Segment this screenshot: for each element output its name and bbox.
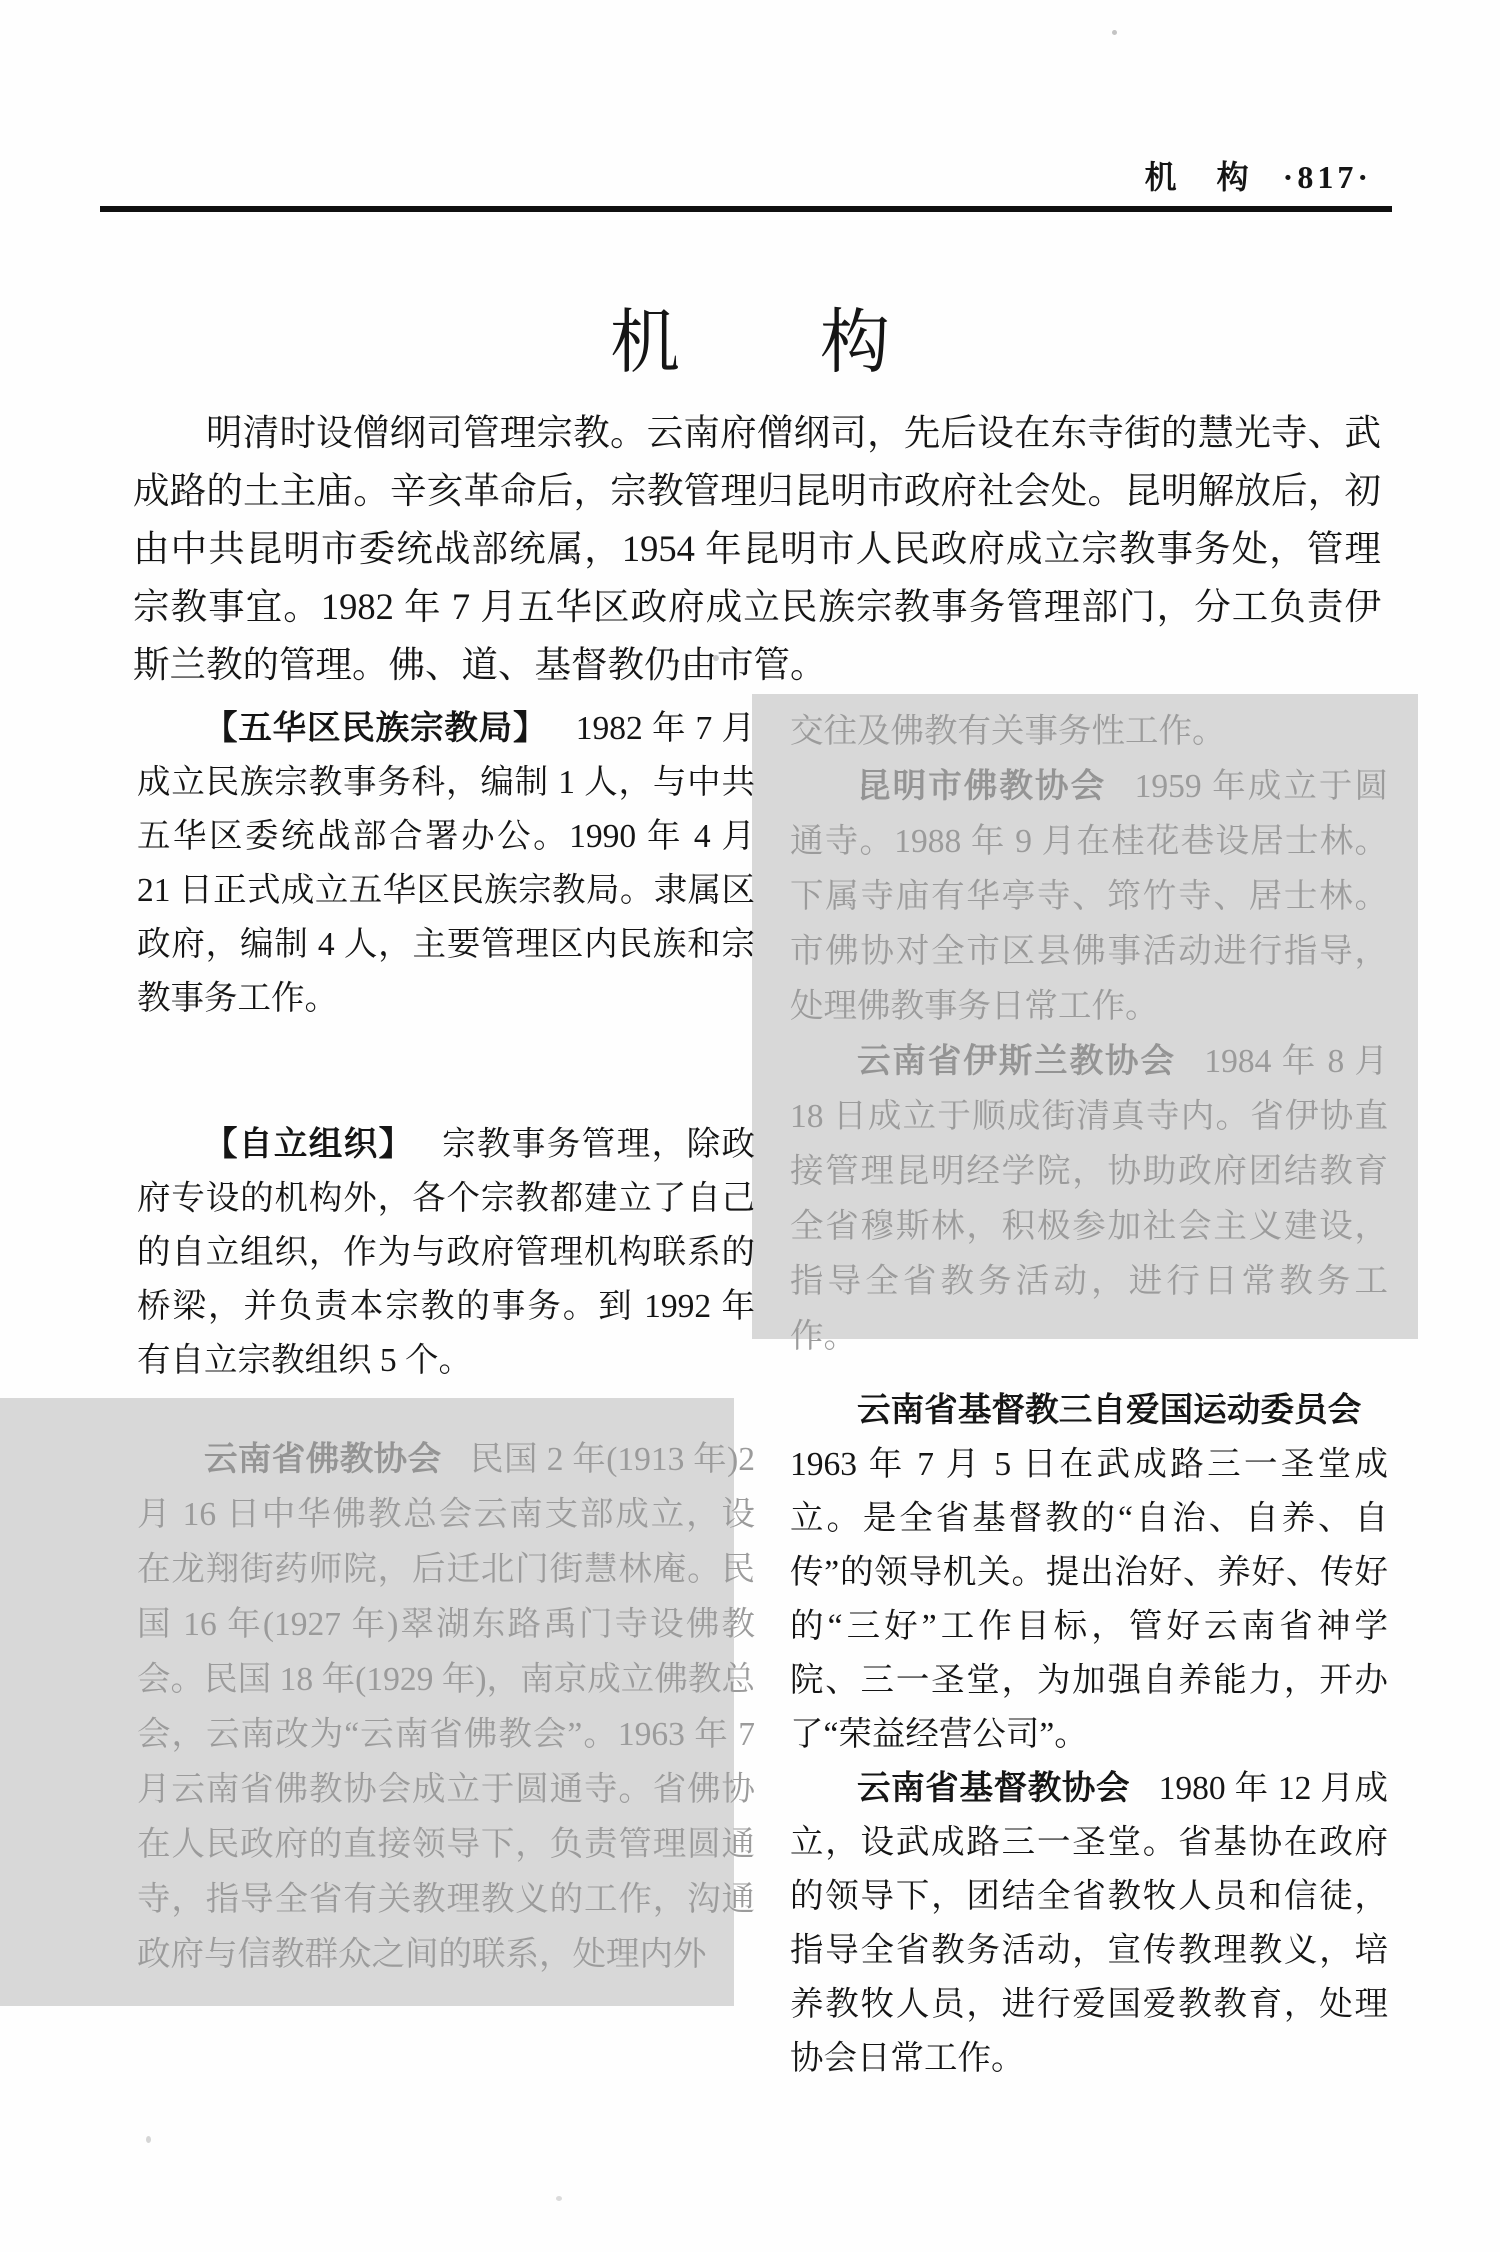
- entry-body: 宗教事务管理，除政府专设的机构外，各个宗教都建立了自己的自立组织，作为与政府管理…: [137, 1126, 755, 1379]
- scan-speck: [1112, 30, 1117, 35]
- entry-heading: 云南省伊斯兰教协会: [857, 1043, 1176, 1080]
- entry-heading: 云南省基督教三自爱国运动委员会: [857, 1392, 1361, 1429]
- entry-heading: 【五华区民族宗教局】: [204, 710, 547, 747]
- right-column: 交往及佛教有关事务性工作。 昆明市佛教协会1959 年成立于圆通寺。1988 年…: [790, 704, 1388, 2086]
- entry-body: 1980 年 12 月成立，设武成路三一圣堂。省基协在政府的领导下，团结全省教牧…: [790, 1770, 1388, 2077]
- entry-heading: 云南省佛教协会: [204, 1441, 442, 1478]
- entry-heading: 昆明市佛教协会: [857, 768, 1106, 805]
- scan-speck: [556, 2196, 562, 2201]
- entry-body: 1982 年 7 月成立民族宗教事务科，编制 1 人，与中共五华区委统战部合署办…: [137, 710, 755, 1017]
- entry-body: 1959 年成立于圆通寺。1988 年 9 月在桂花巷设居士林。下属寺庙有华亭寺…: [790, 768, 1388, 1025]
- entry-zili-zuzhi: 【自立组织】宗教事务管理，除政府专设的机构外，各个宗教都建立了自己的自立组织，作…: [137, 1118, 755, 1388]
- scan-speck: [146, 2136, 151, 2143]
- entry-fojiao-xiehui: 云南省佛教协会民国 2 年(1913 年)2 月 16 日中华佛教总会云南支部成…: [137, 1432, 755, 1982]
- entry-fojiao-continuation: 交往及佛教有关事务性工作。: [790, 704, 1388, 759]
- scanned-book-page: 机 构 ·817· 机 构 明清时设僧纲司管理宗教。云南府僧纲司，先后设在东寺街…: [0, 0, 1500, 2252]
- running-head: 机 构 ·817·: [1145, 152, 1372, 198]
- entry-body: 1984 年 8 月 18 日成立于顺成街清真寺内。省伊协直接管理昆明经学院，协…: [790, 1043, 1388, 1355]
- scan-speck: [713, 655, 719, 661]
- running-head-page-number: ·817·: [1283, 159, 1372, 196]
- entry-jidujiao-xiehui: 云南省基督教协会1980 年 12 月成立，设武成路三一圣堂。省基协在政府的领导…: [790, 1762, 1388, 2086]
- header-rule: [100, 206, 1392, 212]
- entry-heading: 云南省基督教协会: [857, 1770, 1130, 1807]
- running-head-section: 机 构: [1145, 152, 1253, 198]
- entry-wuhua-bureau: 【五华区民族宗教局】1982 年 7 月成立民族宗教事务科，编制 1 人，与中共…: [137, 702, 755, 1026]
- left-column: 【五华区民族宗教局】1982 年 7 月成立民族宗教事务科，编制 1 人，与中共…: [137, 702, 755, 1982]
- entry-sanzi-committee: 云南省基督教三自爱国运动委员会1963 年 7 月 5 日在武成路三一圣堂成立。…: [790, 1384, 1388, 1762]
- entry-heading: 【自立组织】: [204, 1126, 414, 1163]
- entry-body: 1963 年 7 月 5 日在武成路三一圣堂成立。是全省基督教的“自治、自养、自…: [790, 1446, 1388, 1753]
- entry-yisilan-xiehui: 云南省伊斯兰教协会1984 年 8 月 18 日成立于顺成街清真寺内。省伊协直接…: [790, 1034, 1388, 1364]
- page-title: 机 构: [0, 286, 1500, 387]
- entry-kunming-fojiao: 昆明市佛教协会1959 年成立于圆通寺。1988 年 9 月在桂花巷设居士林。下…: [790, 759, 1388, 1034]
- entry-body: 民国 2 年(1913 年)2 月 16 日中华佛教总会云南支部成立，设在龙翔街…: [137, 1441, 755, 1973]
- intro-paragraph: 明清时设僧纲司管理宗教。云南府僧纲司，先后设在东寺街的慧光寺、武成路的土主庙。辛…: [133, 404, 1381, 694]
